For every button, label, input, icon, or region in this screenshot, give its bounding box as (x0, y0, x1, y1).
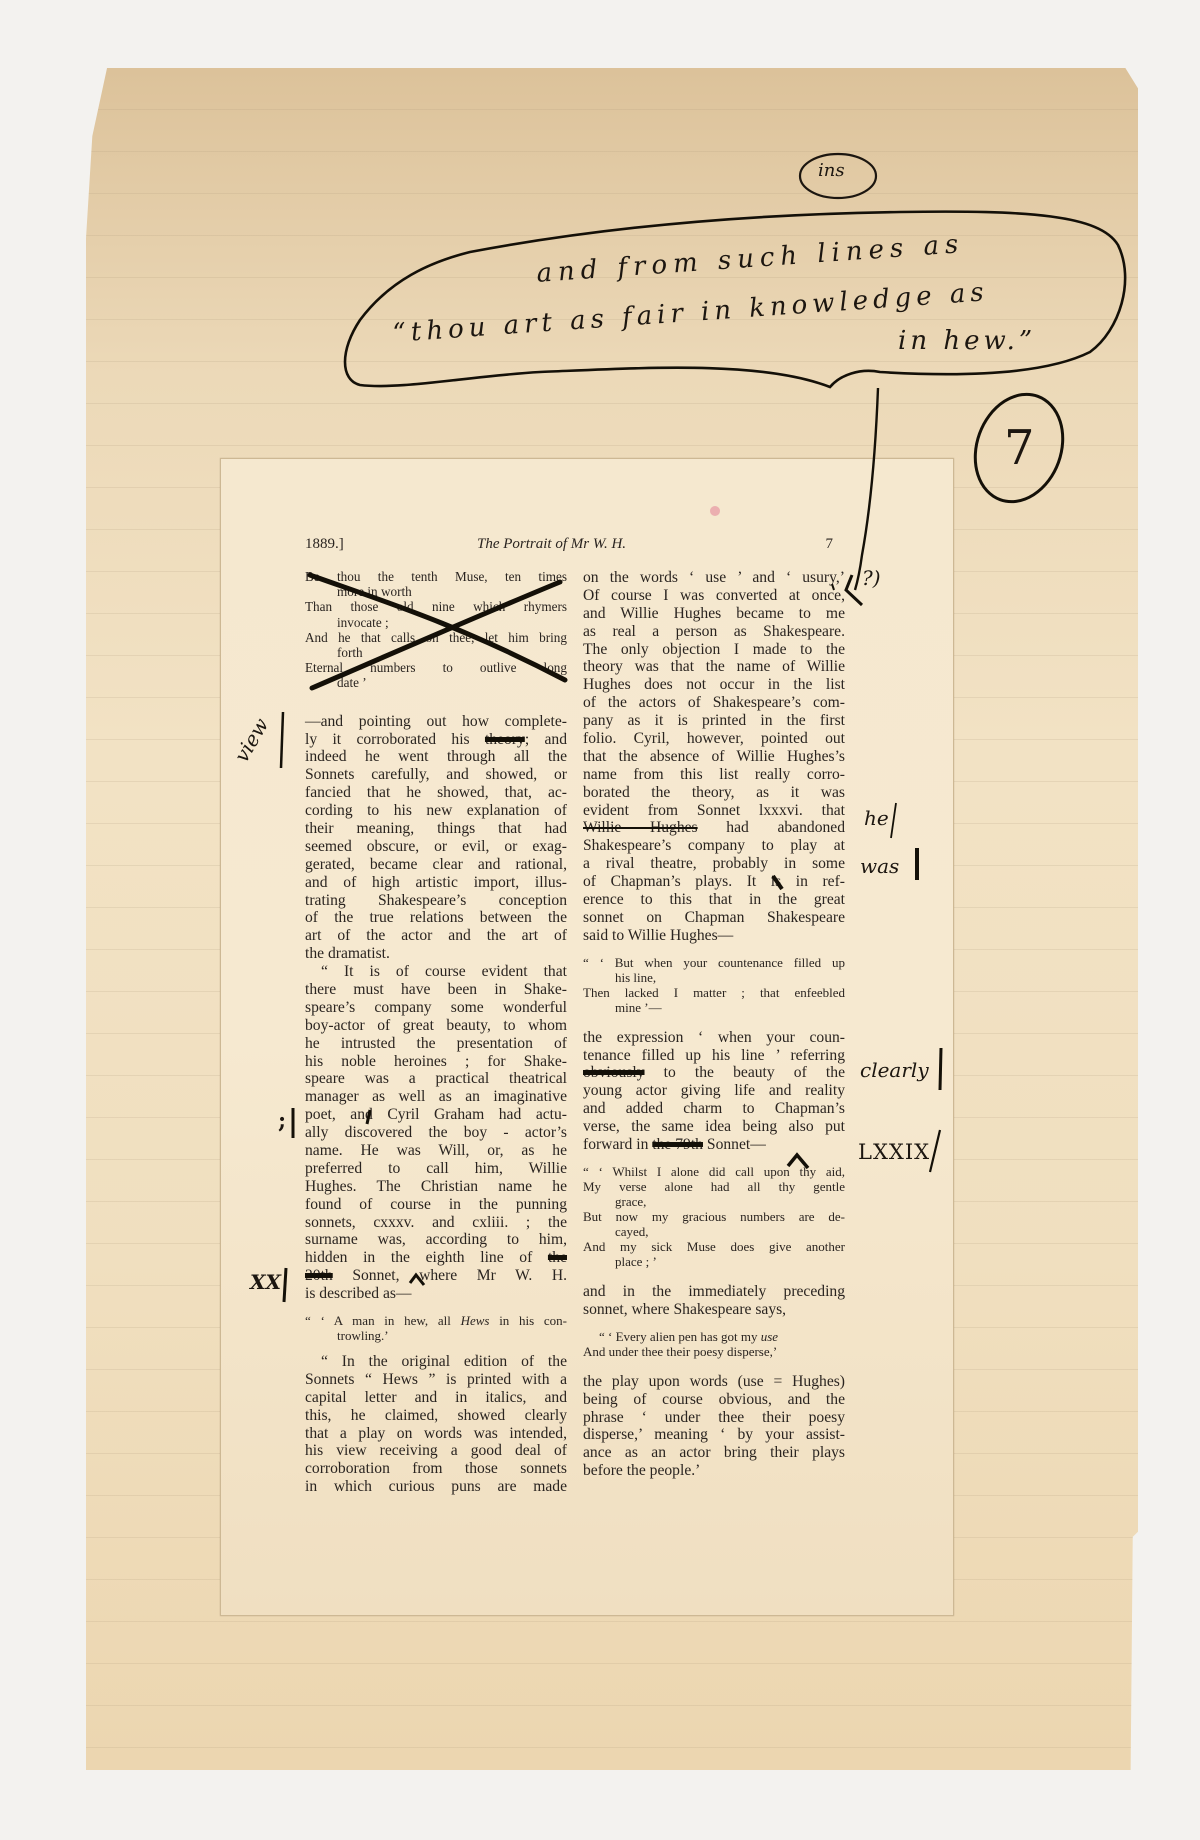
struck-word-theory: theory (485, 731, 525, 748)
crossed-out-verse: Be thou the tenth Muse, ten times more i… (305, 569, 567, 691)
header-title: The Portrait of Mr W. H. (477, 536, 626, 553)
verse-line: And he that calls on thee, let him bring (305, 630, 567, 645)
handwritten-ins-note: ins (818, 160, 845, 181)
right-column: on the words ‘ use ’ and ‘ usury,’ Of co… (583, 569, 845, 1480)
handwritten-insertion-line3: in hew.” (898, 326, 1036, 356)
paragraph-corroborated: —and pointing out how complete- ly it co… (305, 713, 567, 963)
margin-note-clearly: clearly (860, 1058, 929, 1082)
quote-whilst: “ ‘ Whilst I alone did call upon thy aid… (583, 1164, 845, 1269)
verse-line: Be thou the tenth Muse, ten times (305, 569, 567, 584)
margin-note-lxxix: LXXIX (858, 1140, 930, 1164)
running-head: 1889.] The Portrait of Mr W. H. 7 (305, 536, 845, 556)
margin-note-he: he (864, 806, 889, 830)
quote-chapman: “ ‘ But when your countenance filled up … (583, 955, 845, 1015)
paragraph-expression: the expression ‘ when your coun- tenance… (583, 1029, 845, 1154)
paragraph-preceding-sonnet: and in the immediately preceding sonnet,… (583, 1283, 845, 1319)
struck-words-the-79th: the 79th (652, 1136, 703, 1153)
struck-words-willie-hughes: Willie Hughes (583, 819, 698, 836)
struck-word-20th: 20th (305, 1267, 333, 1284)
margin-note-xx: XX (250, 1270, 281, 1294)
handwritten-folio-number: 7 (1004, 420, 1035, 476)
header-page-number: 7 (826, 536, 834, 553)
header-year: 1889.] (305, 536, 344, 553)
verse-line: Than those old nine which rhymers (305, 599, 567, 614)
verse-line: date ’ (305, 675, 567, 690)
paragraph-boy-actor: “ It is of course evident that there mus… (305, 963, 567, 1303)
quote-alien-pen: “ ‘ Every alien pen has got my use And u… (583, 1329, 845, 1359)
paragraph-play-upon-words: the play upon words (use = Hughes) being… (583, 1373, 845, 1480)
verse-line: invocate ; (305, 615, 567, 630)
verse-line: more in worth (305, 584, 567, 599)
quote-hews: “ ‘ A man in hew, all Hews in his con- t… (305, 1313, 567, 1343)
paragraph-use-usury: on the words ‘ use ’ and ‘ usury,’ Of co… (583, 569, 845, 945)
margin-note-was: was (860, 854, 899, 878)
struck-word-the: the (548, 1249, 567, 1266)
verse-line: forth (305, 645, 567, 660)
left-column: Be thou the tenth Muse, ten times more i… (305, 569, 567, 1496)
paragraph-original-edition: “ In the original edition of the Sonnets… (305, 1353, 567, 1496)
margin-note-semicolon: ; (278, 1108, 286, 1134)
pink-ink-spot (710, 506, 720, 516)
verse-line: Eternal numbers to outlive long (305, 660, 567, 675)
margin-note-question-paren: ?) (862, 566, 881, 590)
struck-word-obviously: obviously (583, 1064, 645, 1081)
